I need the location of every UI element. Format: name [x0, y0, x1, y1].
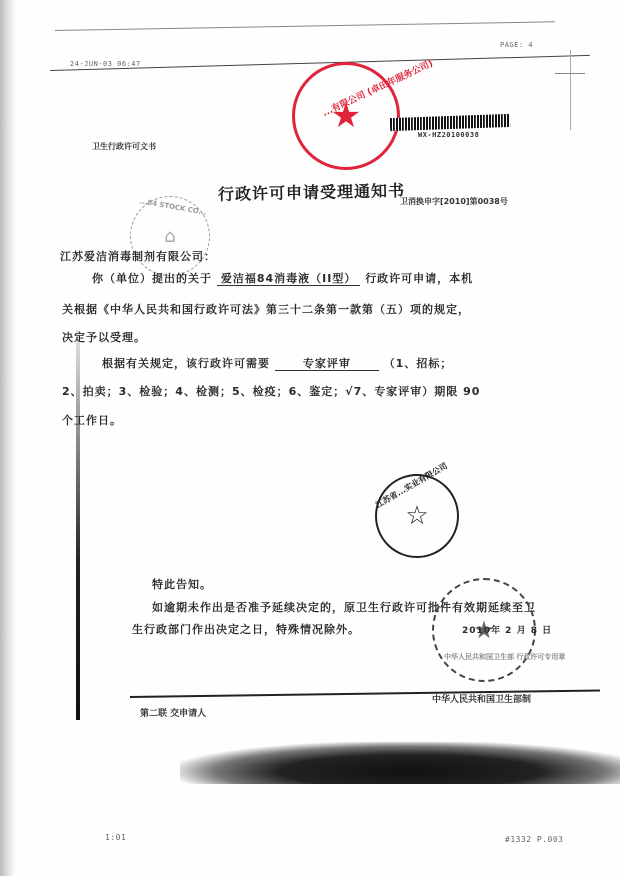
issue-date: 2010年 2 月 8 日	[462, 623, 552, 636]
fax-header-rule-top	[55, 21, 555, 31]
barcode	[390, 114, 510, 131]
scan-mark-horizontal	[555, 73, 585, 74]
requirement-field: 专家评审	[275, 357, 379, 371]
fax-page-label: PAGE: 4	[500, 41, 533, 49]
paragraph-1-line-1: 你（单位）提出的关于 爱洁福84消毒液（II型） 行政许可申请，本机	[92, 270, 473, 286]
product-name: 爱洁福84消毒液（II型）	[217, 272, 361, 286]
seal-emblem-icon: ⌂	[164, 226, 175, 247]
fax-footer-time: 1:01	[105, 833, 126, 842]
closing-text: 特此告知。	[152, 576, 212, 592]
paragraph-3-line-2: 生行政部门作出决定之日，特殊情况除外。	[132, 621, 360, 637]
paragraph-2-line-2: 2、拍卖；3、检验；4、检测；5、检疫；6、鉴定；√7、专家评审）期限 90	[62, 383, 480, 399]
faint-english-seal: ⌂ ...84 STOCK CO...	[130, 196, 210, 276]
document-title: 行政许可申请受理通知书	[218, 178, 405, 205]
paragraph-1-line-3: 决定予以受理。	[62, 329, 146, 345]
authority-seal-text: 中华人民共和国卫生部 行政许可专用章	[444, 652, 565, 662]
para2-prefix: 根据有关规定，该行政许可需要	[102, 357, 270, 370]
black-company-seal: ☆ 江苏省...实业有限公司	[375, 474, 459, 558]
para1-prefix: 你（单位）提出的关于	[92, 272, 212, 285]
para1-suffix: 行政许可申请，本机	[365, 272, 473, 285]
form-category-label: 卫生行政许可文书	[92, 141, 156, 152]
paragraph-2-line-1: 根据有关规定，该行政许可需要 专家评审 （1、招标；	[102, 355, 452, 371]
scanned-document-page: 24-JUN-03 06:47 PAGE: 4 ★ ...有限公司 (卓田年服务…	[0, 0, 620, 876]
scan-edge-shadow	[0, 0, 16, 876]
addressee: 江苏爱洁消毒制剂有限公司：	[60, 248, 216, 264]
faint-seal-text: ...84 STOCK CO...	[139, 197, 207, 217]
fax-timestamp: 24-JUN-03 06:47	[70, 60, 141, 68]
red-company-seal: ★ ...有限公司 (卓田年服务公司)	[292, 62, 400, 170]
red-seal-text: ...有限公司 (卓田年服务公司)	[320, 56, 435, 119]
document-number: 卫消换申字[2010]第0038号	[400, 196, 508, 207]
fax-footer-page: #1332 P.003	[505, 835, 563, 844]
star-icon: ☆	[405, 503, 428, 529]
paragraph-2-line-3: 个工作日。	[62, 412, 122, 428]
issuer-label: 中华人民共和国卫生部制	[432, 692, 531, 705]
barcode-number: WX-HZ20100038	[418, 131, 479, 139]
para2-options: （1、招标；	[384, 357, 453, 370]
paragraph-1-line-2: 关根据《中华人民共和国行政许可法》第三十二条第一款第（五）项的规定，	[62, 301, 470, 317]
copy-label: 第二联 交申请人	[140, 706, 206, 719]
scan-artifact-line	[76, 330, 80, 720]
scan-smudge	[180, 742, 620, 784]
scan-mark-vertical	[570, 50, 571, 130]
